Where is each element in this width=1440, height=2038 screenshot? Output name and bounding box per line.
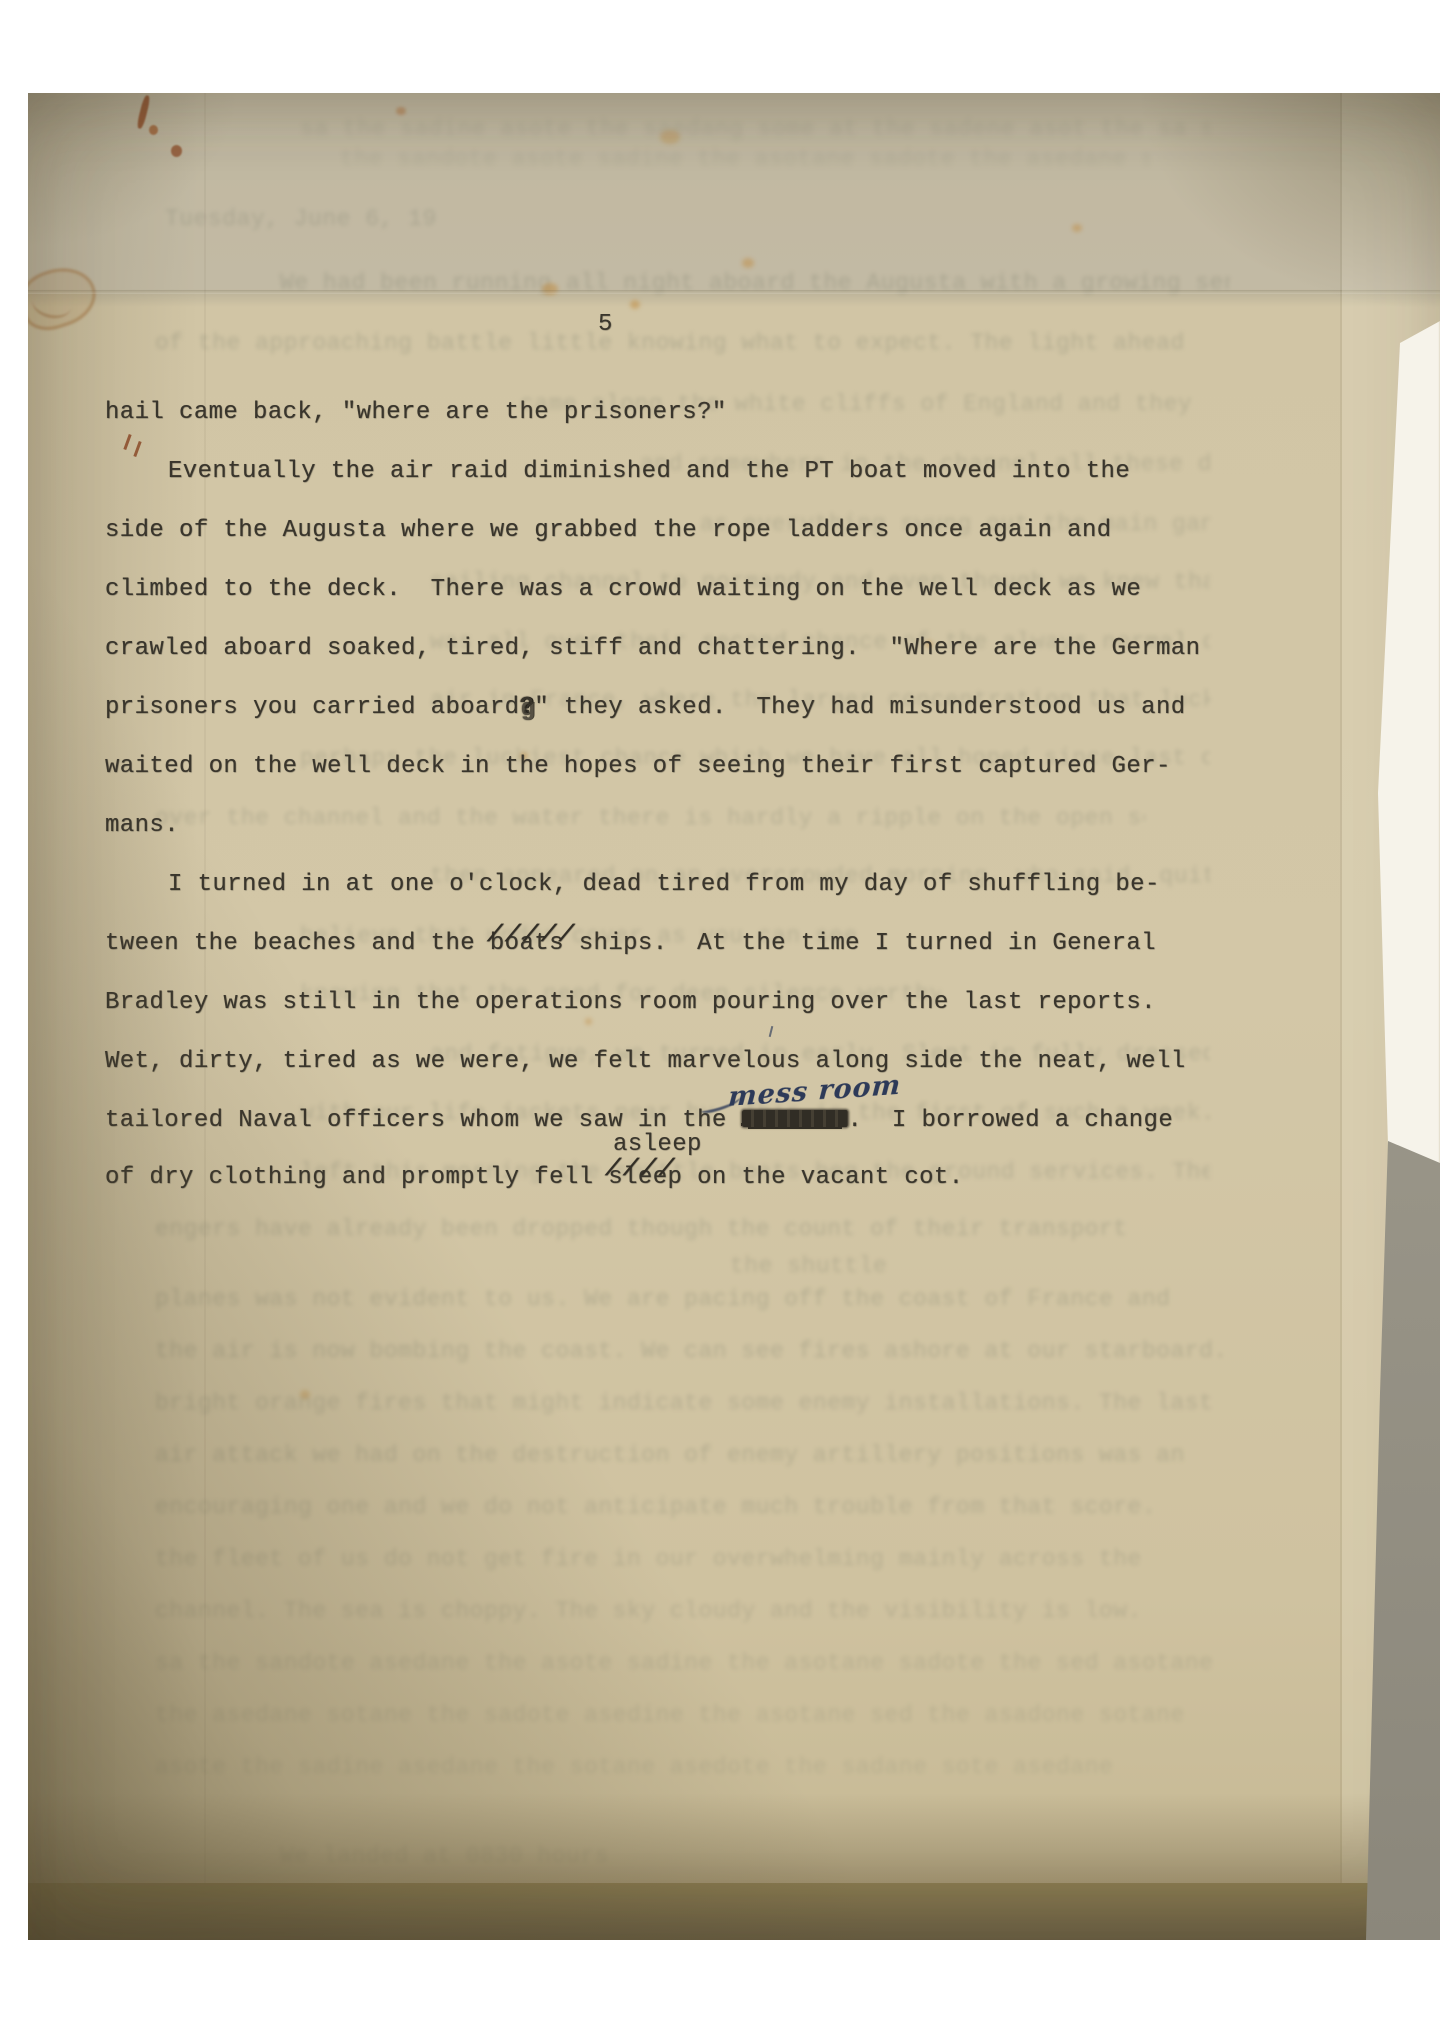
photographed-typescript-page: sa the sadine asote the saedang some at … [28, 93, 1440, 1940]
photo-vignette [28, 93, 1440, 1940]
